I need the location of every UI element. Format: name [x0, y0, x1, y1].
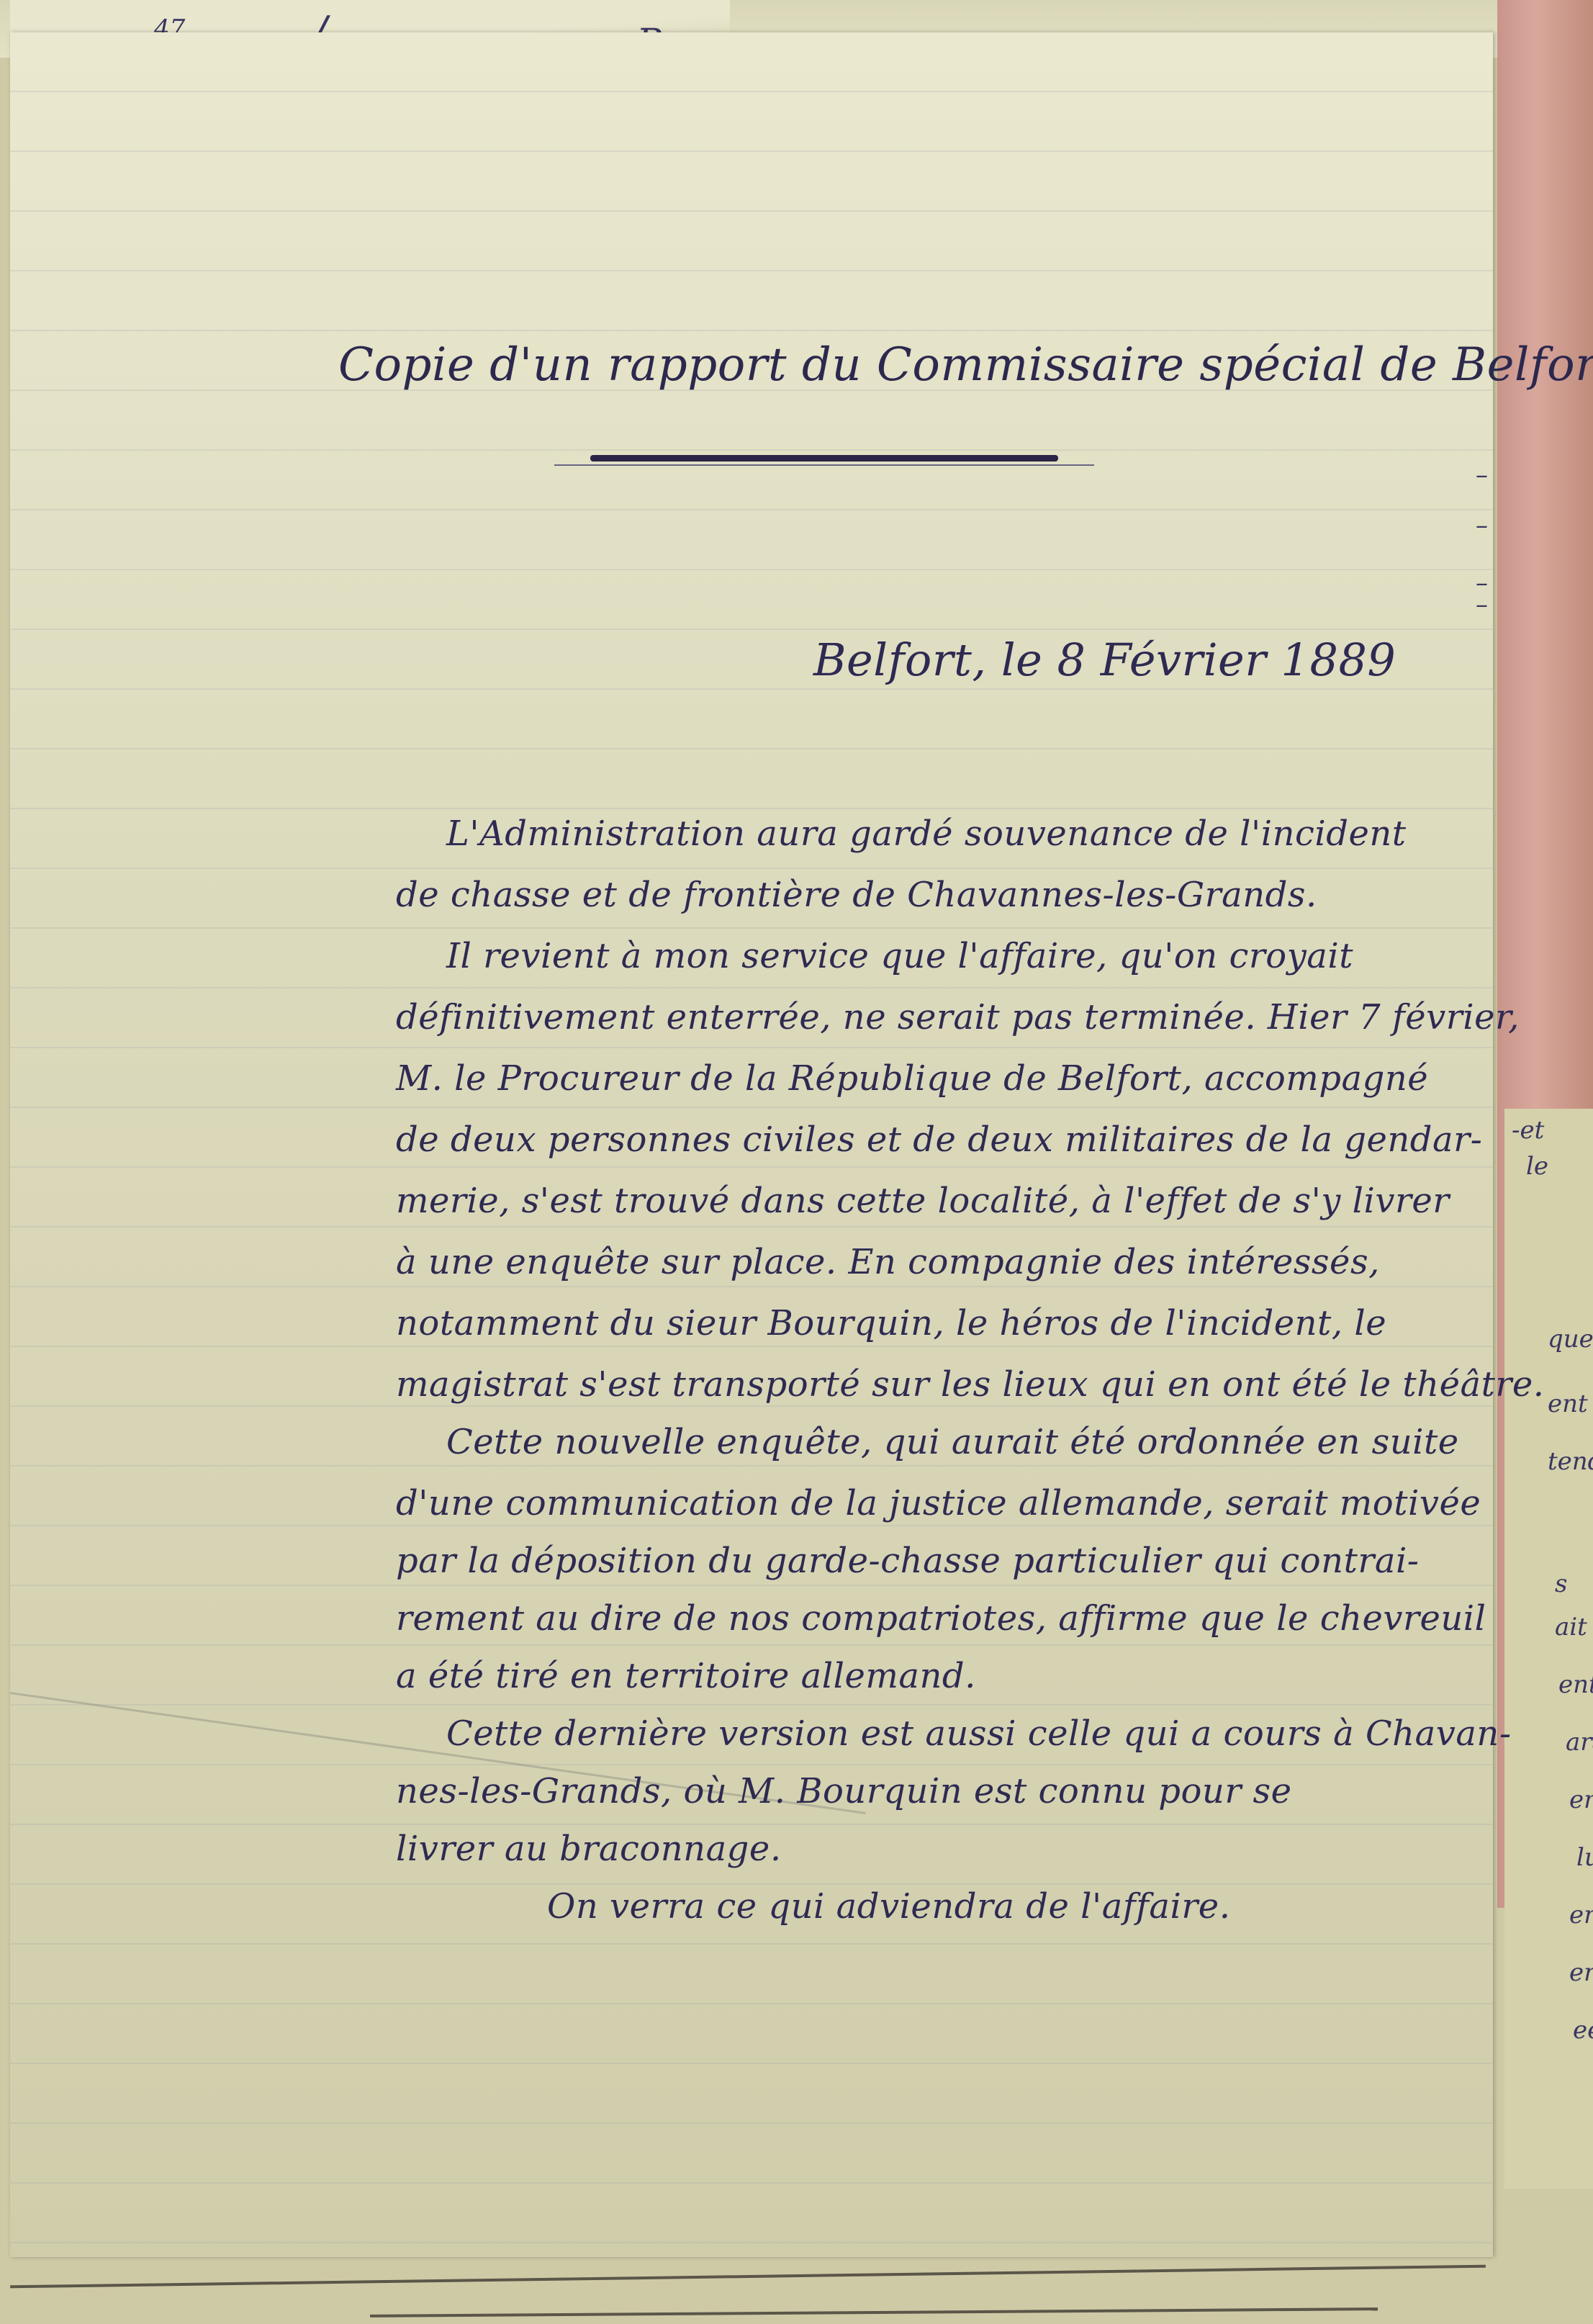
body-line: notamment du sieur Bourquin, le héros de…: [396, 1303, 1386, 1343]
document-title: Copie d'un rapport du Commissaire spécia…: [338, 338, 1593, 392]
margin-fragment: ara: [1566, 1728, 1593, 1757]
margin-fragment: quel: [1548, 1325, 1593, 1354]
body-line: Cette dernière version est aussi celle q…: [446, 1713, 1512, 1754]
margin-fragment: ait: [1555, 1613, 1587, 1641]
margin-fragment: tend: [1548, 1447, 1593, 1476]
body-line: de deux personnes civiles et de deux mil…: [396, 1120, 1482, 1160]
body-line: M. le Procureur de la République de Belf…: [396, 1058, 1428, 1099]
body-line: Il revient à mon service que l'affaire, …: [446, 936, 1353, 976]
body-line: rement au dire de nos compatriotes, affi…: [396, 1598, 1486, 1639]
title-underline-thin: [554, 464, 1094, 466]
margin-fragment: ent: [1569, 1901, 1593, 1929]
margin-mark: –: [1476, 461, 1488, 490]
margin-fragment: em: [1569, 1785, 1593, 1814]
dateline: Belfort, le 8 Février 1889: [813, 634, 1396, 686]
stacked-sheet-edges: [10, 2253, 1493, 2324]
margin-fragment: ent: [1558, 1670, 1593, 1699]
body-line: Cette nouvelle enquête, qui aurait été o…: [446, 1422, 1459, 1462]
body-line: merie, s'est trouvé dans cette localité,…: [396, 1181, 1450, 1221]
margin-fragment: ee: [1573, 2016, 1593, 2045]
body-line: magistrat s'est transporté sur les lieux…: [396, 1364, 1545, 1405]
body-line: a été tiré en territoire allemand.: [396, 1656, 976, 1696]
underlying-letter-fragment: -et le quel ent tend s ait ent ara em lu…: [1504, 1109, 1593, 2189]
margin-fragment: s: [1555, 1569, 1567, 1598]
margin-fragment: lu: [1576, 1843, 1593, 1872]
body-line: nes-les-Grands, où M. Bourquin est connu…: [396, 1771, 1292, 1811]
right-margin-marks: – – – –: [1476, 432, 1504, 1152]
margin-fragment: -et: [1512, 1116, 1544, 1145]
body-line: de chasse et de frontière de Chavannes-l…: [396, 875, 1317, 915]
margin-fragment: ent: [1548, 1390, 1588, 1418]
sheet-edge: [370, 2307, 1378, 2318]
body-line: définitivement enterrée, ne serait pas t…: [396, 997, 1520, 1037]
margin-mark: –: [1476, 511, 1488, 540]
title-underline: [590, 455, 1058, 461]
body-line: à une enquête sur place. En compagnie de…: [396, 1242, 1380, 1282]
margin-mark: –: [1476, 590, 1488, 619]
body-line: par la déposition du garde-chasse partic…: [396, 1541, 1420, 1581]
body-line: d'une communication de la justice allema…: [396, 1483, 1481, 1523]
margin-fragment: le: [1526, 1152, 1548, 1181]
body-line: livrer au braconnage.: [396, 1829, 782, 1869]
sheet-edge: [10, 2265, 1486, 2289]
body-line: On verra ce qui adviendra de l'affaire.: [547, 1886, 1230, 1927]
margin-fragment: ent: [1569, 1958, 1593, 1987]
body-line: L'Administration aura gardé souvenance d…: [446, 814, 1407, 854]
